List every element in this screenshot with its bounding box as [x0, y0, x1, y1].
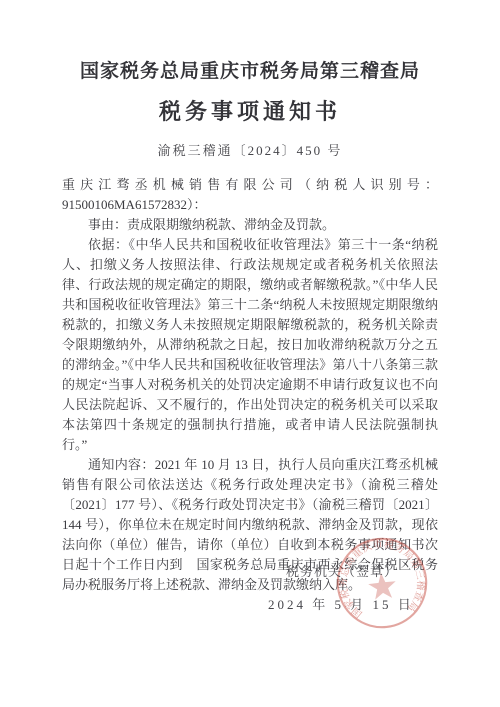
document-page: 国家税务总局重庆市税务局第三稽查局 税务事项通知书 渝税三稽通〔2024〕450… [0, 0, 500, 707]
paragraph-legal-basis: 依据：《中华人民共和国税收征收管理法》第三十一条“纳税人、扣缴义务人按照法律、行… [62, 235, 438, 455]
document-number: 渝税三稽通〔2024〕450 号 [0, 140, 500, 159]
signature-block: 税务机关（签章） 2024 年 5 月 15 日 [268, 561, 414, 613]
issuer-title: 国家税务总局重庆市税务局第三稽查局 [0, 0, 500, 83]
addressee-line: 重庆江骛丞机械销售有限公司（纳税人识别号：91500106MA61572832）… [62, 175, 438, 215]
signature-date: 2024 年 5 月 15 日 [268, 594, 414, 613]
document-title: 税务事项通知书 [0, 95, 500, 126]
paragraph-reason: 事由：责成限期缴纳税款、滞纳金及罚款。 [62, 215, 438, 235]
signature-org-line: 税务机关（签章） [286, 561, 414, 580]
document-header: 国家税务总局重庆市税务局第三稽查局 税务事项通知书 渝税三稽通〔2024〕450… [0, 0, 500, 159]
